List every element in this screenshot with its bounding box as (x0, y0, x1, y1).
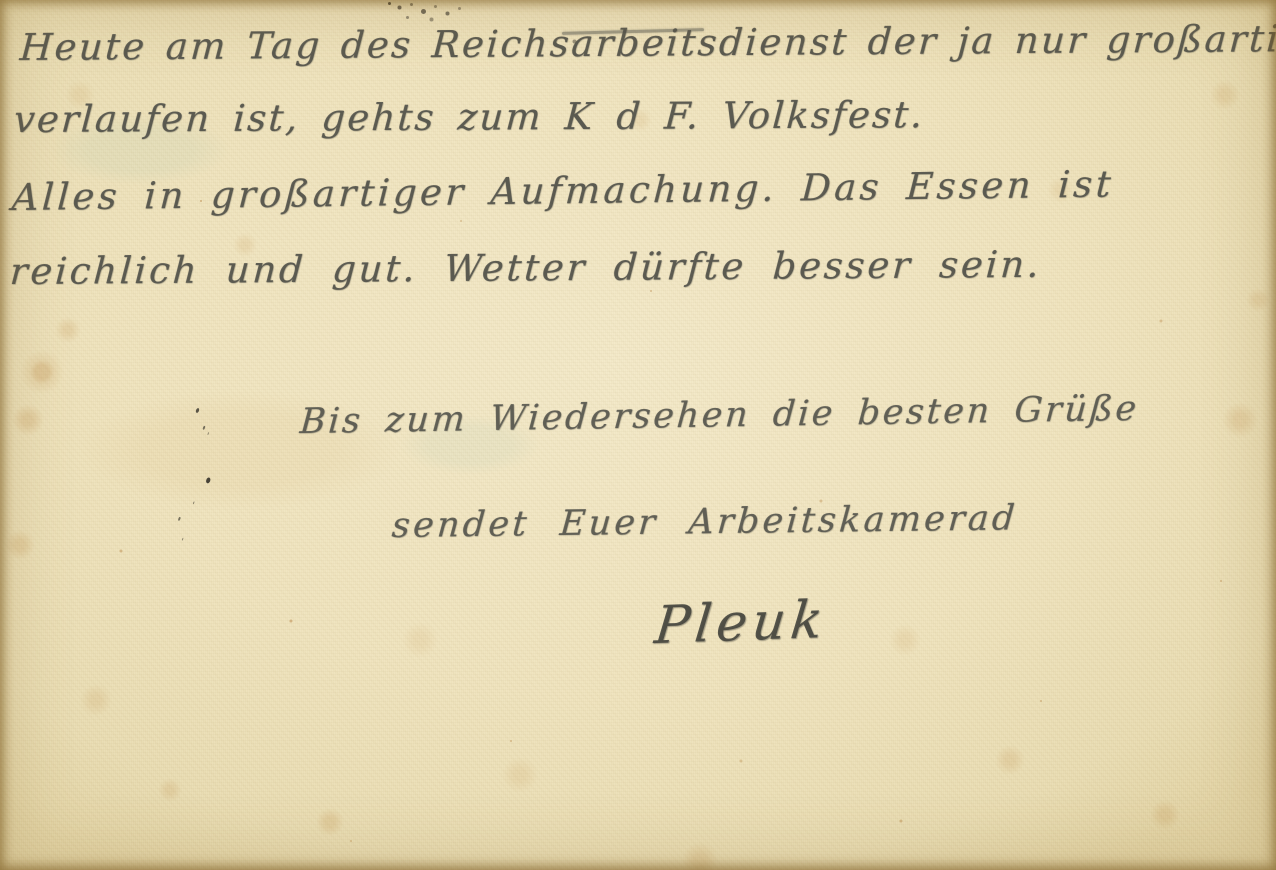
handwriting-line-1: Heute am Tag des Reichsarbeitsdienst der… (19, 17, 1276, 69)
handwriting-line-2: verlaufen ist, gehts zum K d F. Volksfes… (13, 93, 926, 141)
handwriting-line-4: reichlich und gut. Wetter dürfte besser … (9, 243, 1043, 293)
ink-speck-trail (195, 408, 200, 414)
pencil-smudge (388, 2, 391, 5)
handwriting-line-3: Alles in großartiger Aufmachung. Das Ess… (11, 163, 1116, 219)
closing-line-2: sendet Euer Arbeitskamerad (390, 498, 1019, 546)
closing-line-1: Bis zum Wiedersehen die besten Grüße (299, 389, 1141, 442)
postcard-scan: Heute am Tag des Reichsarbeitsdienst der… (0, 0, 1276, 870)
signature: Pleuk (652, 590, 831, 656)
